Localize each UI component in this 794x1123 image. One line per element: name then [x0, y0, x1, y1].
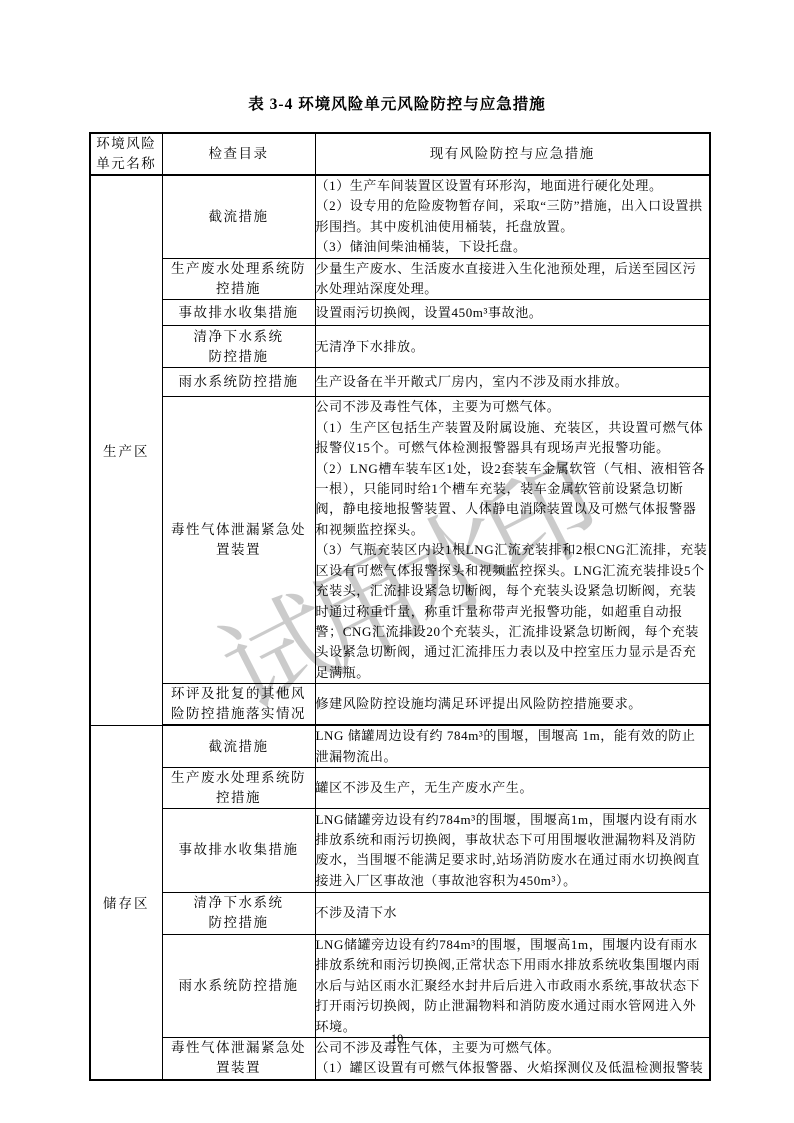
table-row: 清净下水系统 防控措施 不涉及清下水	[90, 892, 710, 934]
table-row: 环评及批复的其他风 险防控措施落实情况 修建风险防控设施均满足环评提出风险防控措…	[90, 684, 710, 726]
header-existing-measures: 现有风险防控与应急措施	[315, 133, 710, 175]
row-content: 罐区不涉及生产，无生产废水产生。	[315, 767, 710, 808]
row-label: 生产废水处理系统防 控措施	[162, 767, 315, 808]
row-label: 清净下水系统 防控措施	[162, 892, 315, 934]
header-check-catalog: 检查目录	[162, 133, 315, 175]
row-label: 清净下水系统 防控措施	[162, 326, 315, 368]
row-content: 不涉及清下水	[315, 892, 710, 934]
row-content: 公司不涉及毒性气体，主要为可燃气体。 （1）生产区包括生产装置及附属设施、充装区…	[315, 397, 710, 684]
risk-measures-table: 环境风险 单元名称 检查目录 现有风险防控与应急措施 生产区 截流措施 （1）生…	[89, 132, 711, 1081]
table-row: 生产废水处理系统防 控措施 少量生产废水、生活废水直接进入生化池预处理，后送至园…	[90, 258, 710, 300]
row-content: 设置雨污切换阀，设置450m³事故池。	[315, 300, 710, 326]
table-row: 毒性气体泄漏紧急处 置装置 公司不涉及毒性气体，主要为可燃气体。 （1）生产区包…	[90, 397, 710, 684]
row-content: 修建风险防控设施均满足环评提出风险防控措施要求。	[315, 684, 710, 726]
header-unit-name: 环境风险 单元名称	[90, 133, 162, 175]
table-row: 清净下水系统 防控措施 无清净下水排放。	[90, 326, 710, 368]
table-row: 生产区 截流措施 （1）生产车间装置区设置有环形沟，地面进行硬化处理。 （2）设…	[90, 175, 710, 258]
row-label: 事故排水收集措施	[162, 300, 315, 326]
row-content: （1）生产车间装置区设置有环形沟，地面进行硬化处理。 （2）设专用的危险废物暂存…	[315, 175, 710, 258]
row-label: 截流措施	[162, 175, 315, 258]
table-row: 事故排水收集措施 设置雨污切换阀，设置450m³事故池。	[90, 300, 710, 326]
table-row: 生产废水处理系统防 控措施 罐区不涉及生产，无生产废水产生。	[90, 767, 710, 808]
row-label: 雨水系统防控措施	[162, 934, 315, 1037]
unit-name-production: 生产区	[90, 175, 162, 725]
table-header-row: 环境风险 单元名称 检查目录 现有风险防控与应急措施	[90, 133, 710, 175]
row-content: LNG储罐旁边设有约784m³的围堰，围堰高1m，围堰内设有雨水排放系统和雨污切…	[315, 934, 710, 1037]
row-label: 截流措施	[162, 725, 315, 767]
table-row: 雨水系统防控措施 LNG储罐旁边设有约784m³的围堰，围堰高1m，围堰内设有雨…	[90, 934, 710, 1037]
page-number: 10	[0, 1032, 794, 1047]
row-content: 生产设备在半开敞式厂房内，室内不涉及雨水排放。	[315, 368, 710, 397]
table-row: 雨水系统防控措施 生产设备在半开敞式厂房内，室内不涉及雨水排放。	[90, 368, 710, 397]
unit-name-storage: 储存区	[90, 725, 162, 1080]
row-label: 生产废水处理系统防 控措施	[162, 258, 315, 300]
row-content: 无清净下水排放。	[315, 326, 710, 368]
row-label: 环评及批复的其他风 险防控措施落实情况	[162, 684, 315, 726]
table-title: 表 3-4 环境风险单元风险防控与应急措施	[0, 92, 794, 114]
row-content: 少量生产废水、生活废水直接进入生化池预处理，后送至园区污水处理站深度处理。	[315, 258, 710, 300]
row-content: LNG 储罐周边设有约 784m³的围堰，围堰高 1m，能有效的防止泄漏物流出。	[315, 725, 710, 767]
row-label: 毒性气体泄漏紧急处 置装置	[162, 397, 315, 684]
row-label: 雨水系统防控措施	[162, 368, 315, 397]
row-content: LNG储罐旁边设有约784m³的围堰，围堰高1m，围堰内设有雨水排放系统和雨污切…	[315, 808, 710, 892]
table-row: 储存区 截流措施 LNG 储罐周边设有约 784m³的围堰，围堰高 1m，能有效…	[90, 725, 710, 767]
table-row: 事故排水收集措施 LNG储罐旁边设有约784m³的围堰，围堰高1m，围堰内设有雨…	[90, 808, 710, 892]
row-label: 事故排水收集措施	[162, 808, 315, 892]
